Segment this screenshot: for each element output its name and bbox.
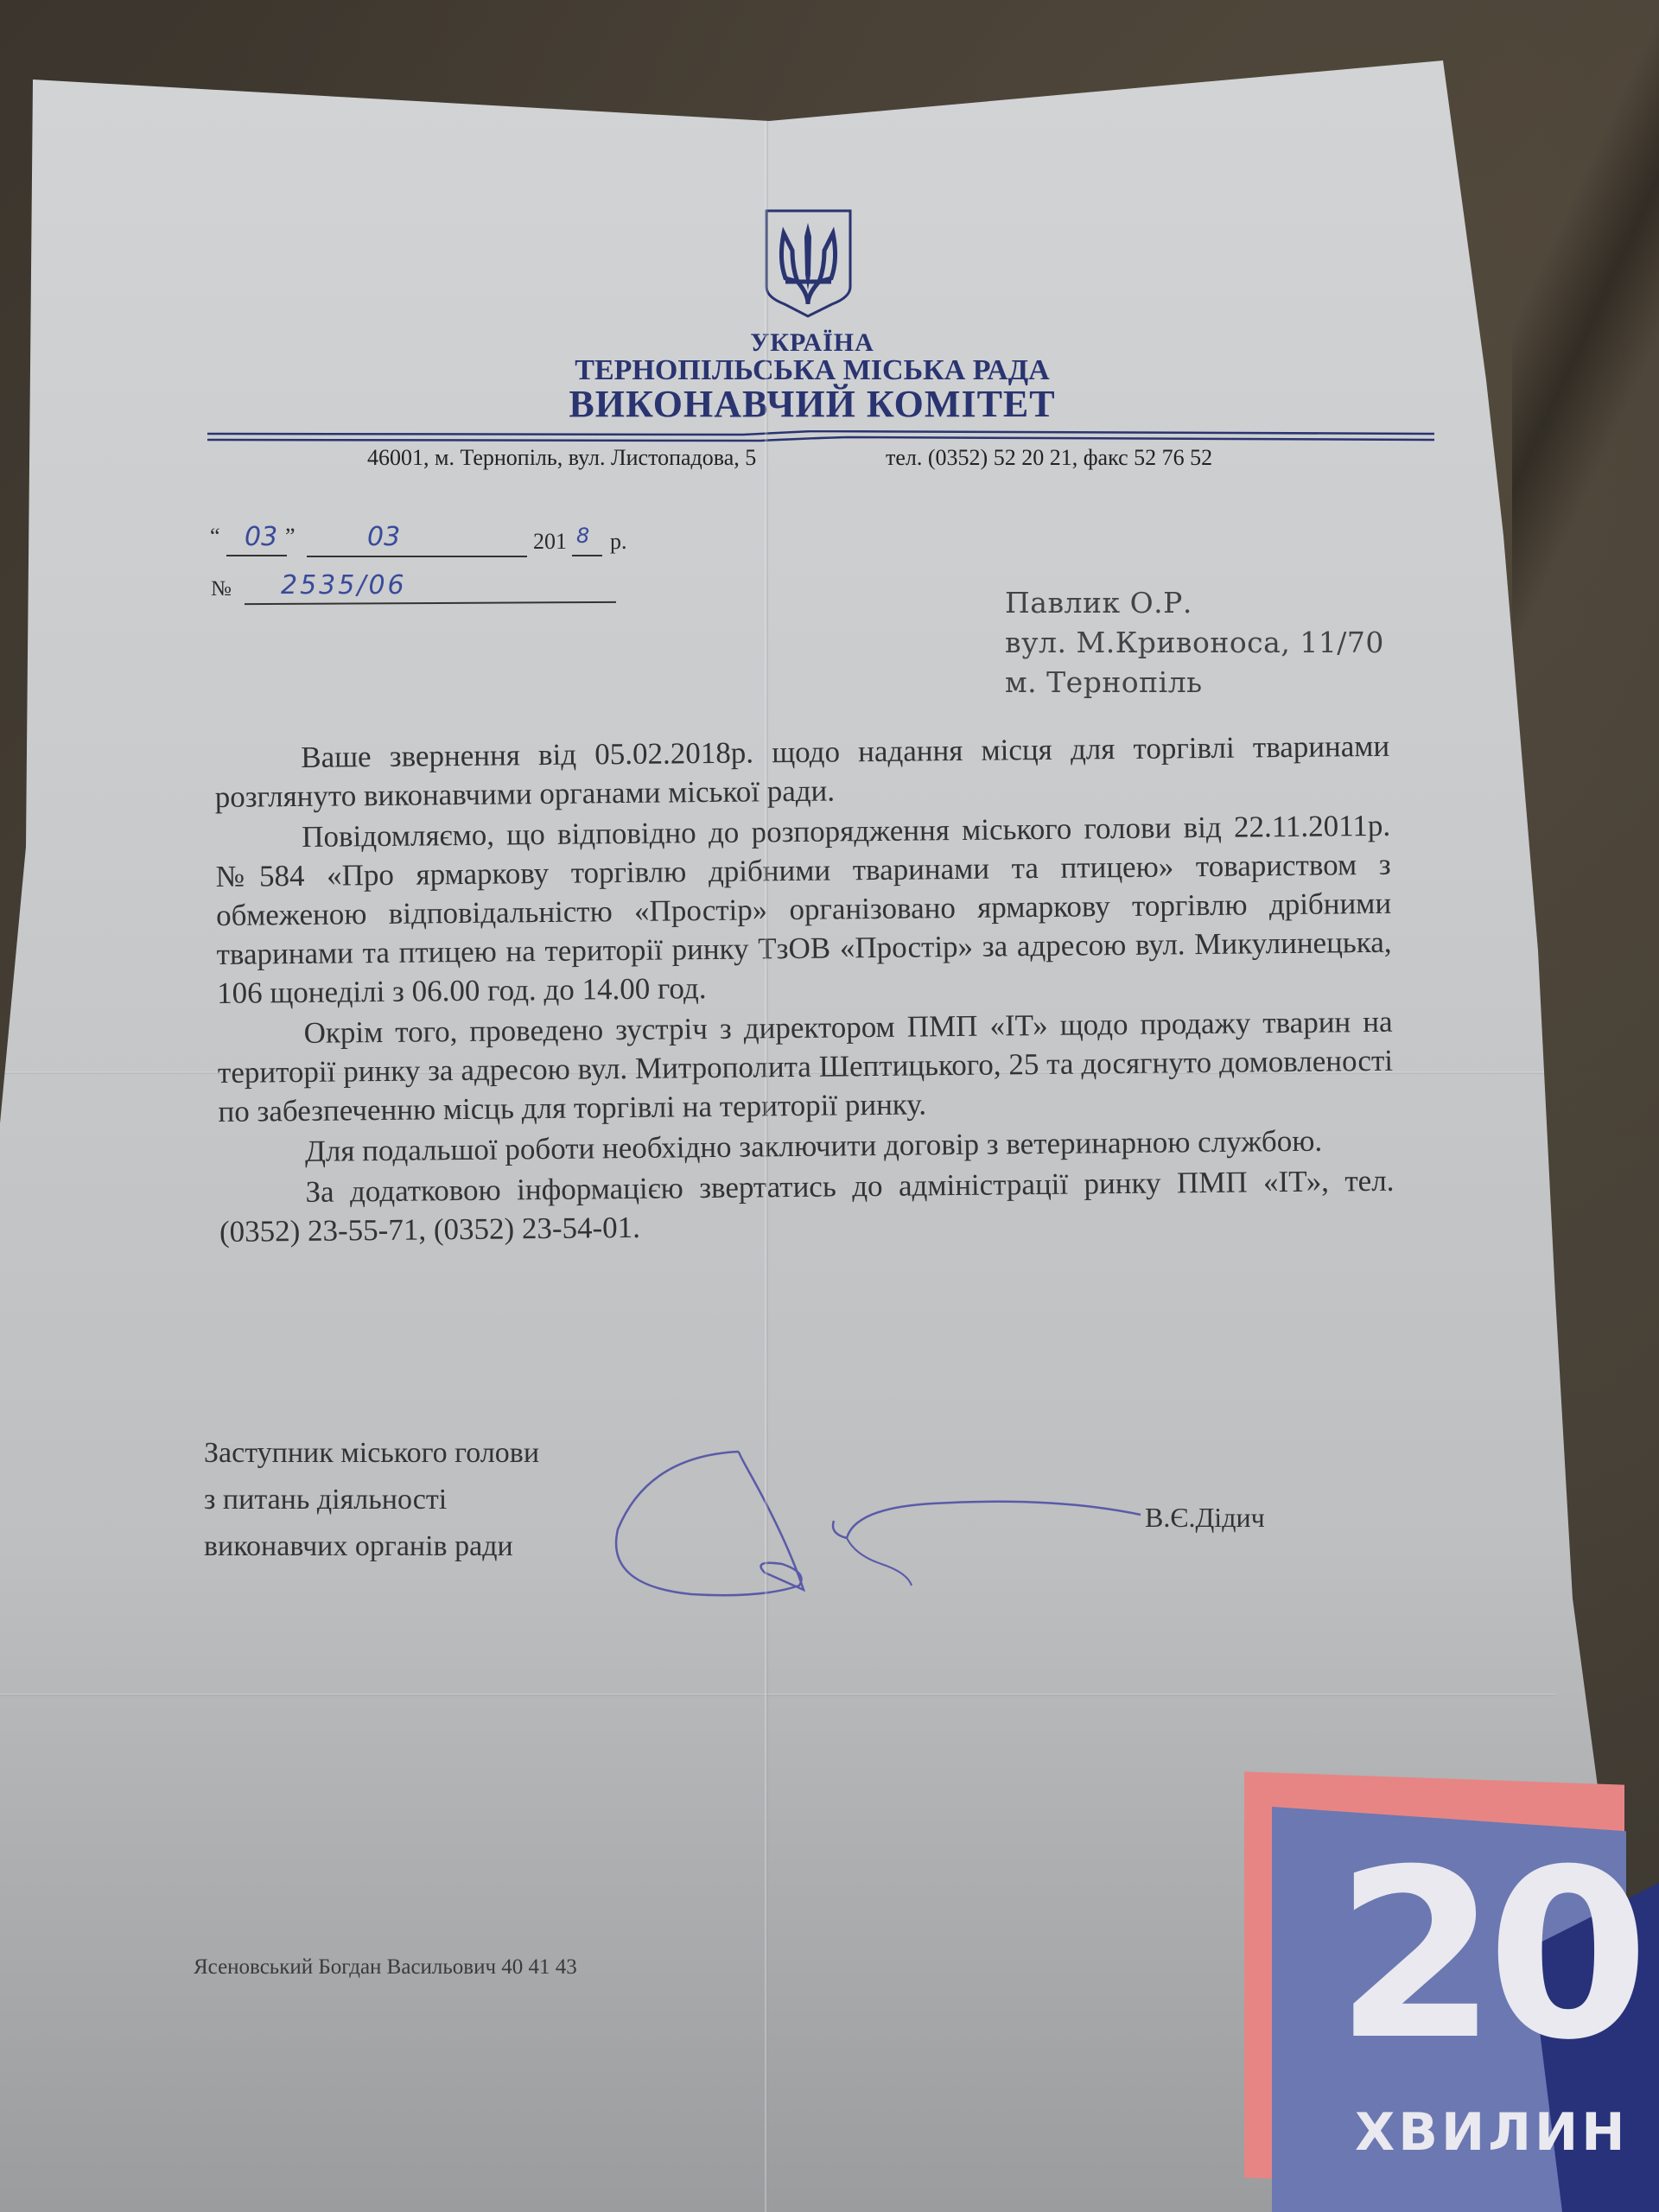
logo-word: ХВИЛИН (1355, 2102, 1628, 2163)
body-paragraph: Ваше звернення від 05.02.2018р. щодо над… (214, 727, 1390, 817)
recipient-block: Павлик О.Р. вул. М.Кривоноса, 11/70 м. Т… (1005, 583, 1384, 702)
letter-body: Ваше звернення від 05.02.2018р. щодо над… (214, 727, 1395, 1253)
body-paragraph: За додатковою інформацією звертатись до … (219, 1161, 1395, 1251)
body-paragraph: Окрім того, проведено зустріч з директор… (217, 1002, 1393, 1131)
signer-name: В.Є.Дідич (1145, 1502, 1265, 1534)
date-month-underline (307, 556, 527, 557)
letterhead-country: УКРАЇНА (207, 328, 1417, 358)
executor-contact: Ясеновський Богдан Васильович 40 41 43 (194, 1955, 577, 1980)
handwritten-signature (570, 1434, 1227, 1607)
letterhead-phone: тел. (0352) 52 20 21, факс 52 76 52 (886, 445, 1212, 471)
date-month: 03 (367, 522, 400, 552)
signatory-title: Заступник міського голови з питань діяль… (204, 1430, 539, 1570)
date-year-prefix: 201 (533, 529, 567, 555)
date-close-quote: ” (285, 524, 296, 550)
reg-number-underline (245, 601, 616, 605)
recipient-name: Павлик О.Р. (1005, 583, 1384, 623)
recipient-street: вул. М.Кривоноса, 11/70 (1005, 623, 1384, 663)
signatory-title-line: Заступник міського голови (204, 1430, 539, 1477)
date-year-unit: р. (610, 529, 627, 555)
date-day: 03 (245, 522, 277, 552)
date-year-suffix: 8 (576, 524, 589, 548)
letterhead-rule (207, 430, 1434, 444)
20-khvylyn-watermark-logo: 20 ХВИЛИН (1244, 1778, 1659, 2212)
reg-number: 2535/06 (281, 570, 407, 601)
body-paragraph: Повідомляємо, що відповідно до розпорядж… (215, 806, 1392, 1013)
paper-crease (0, 1694, 1555, 1696)
date-open-quote: “ (210, 524, 220, 550)
letterhead-address: 46001, м. Тернопіль, вул. Листопадова, 5 (367, 445, 756, 471)
reg-number-label: № (211, 577, 232, 601)
logo-number: 20 (1335, 1839, 1639, 2072)
date-day-underline (226, 555, 287, 556)
recipient-city: м. Тернопіль (1005, 663, 1384, 702)
date-year-underline (572, 555, 602, 556)
signatory-title-line: виконавчих органів ради (204, 1523, 539, 1570)
trident-emblem-icon (763, 207, 854, 320)
letterhead-committee: ВИКОНАВЧИЙ КОМІТЕТ (207, 382, 1417, 426)
signatory-title-line: з питань діяльності (204, 1477, 539, 1523)
background-fold-shadow (1512, 0, 1659, 778)
